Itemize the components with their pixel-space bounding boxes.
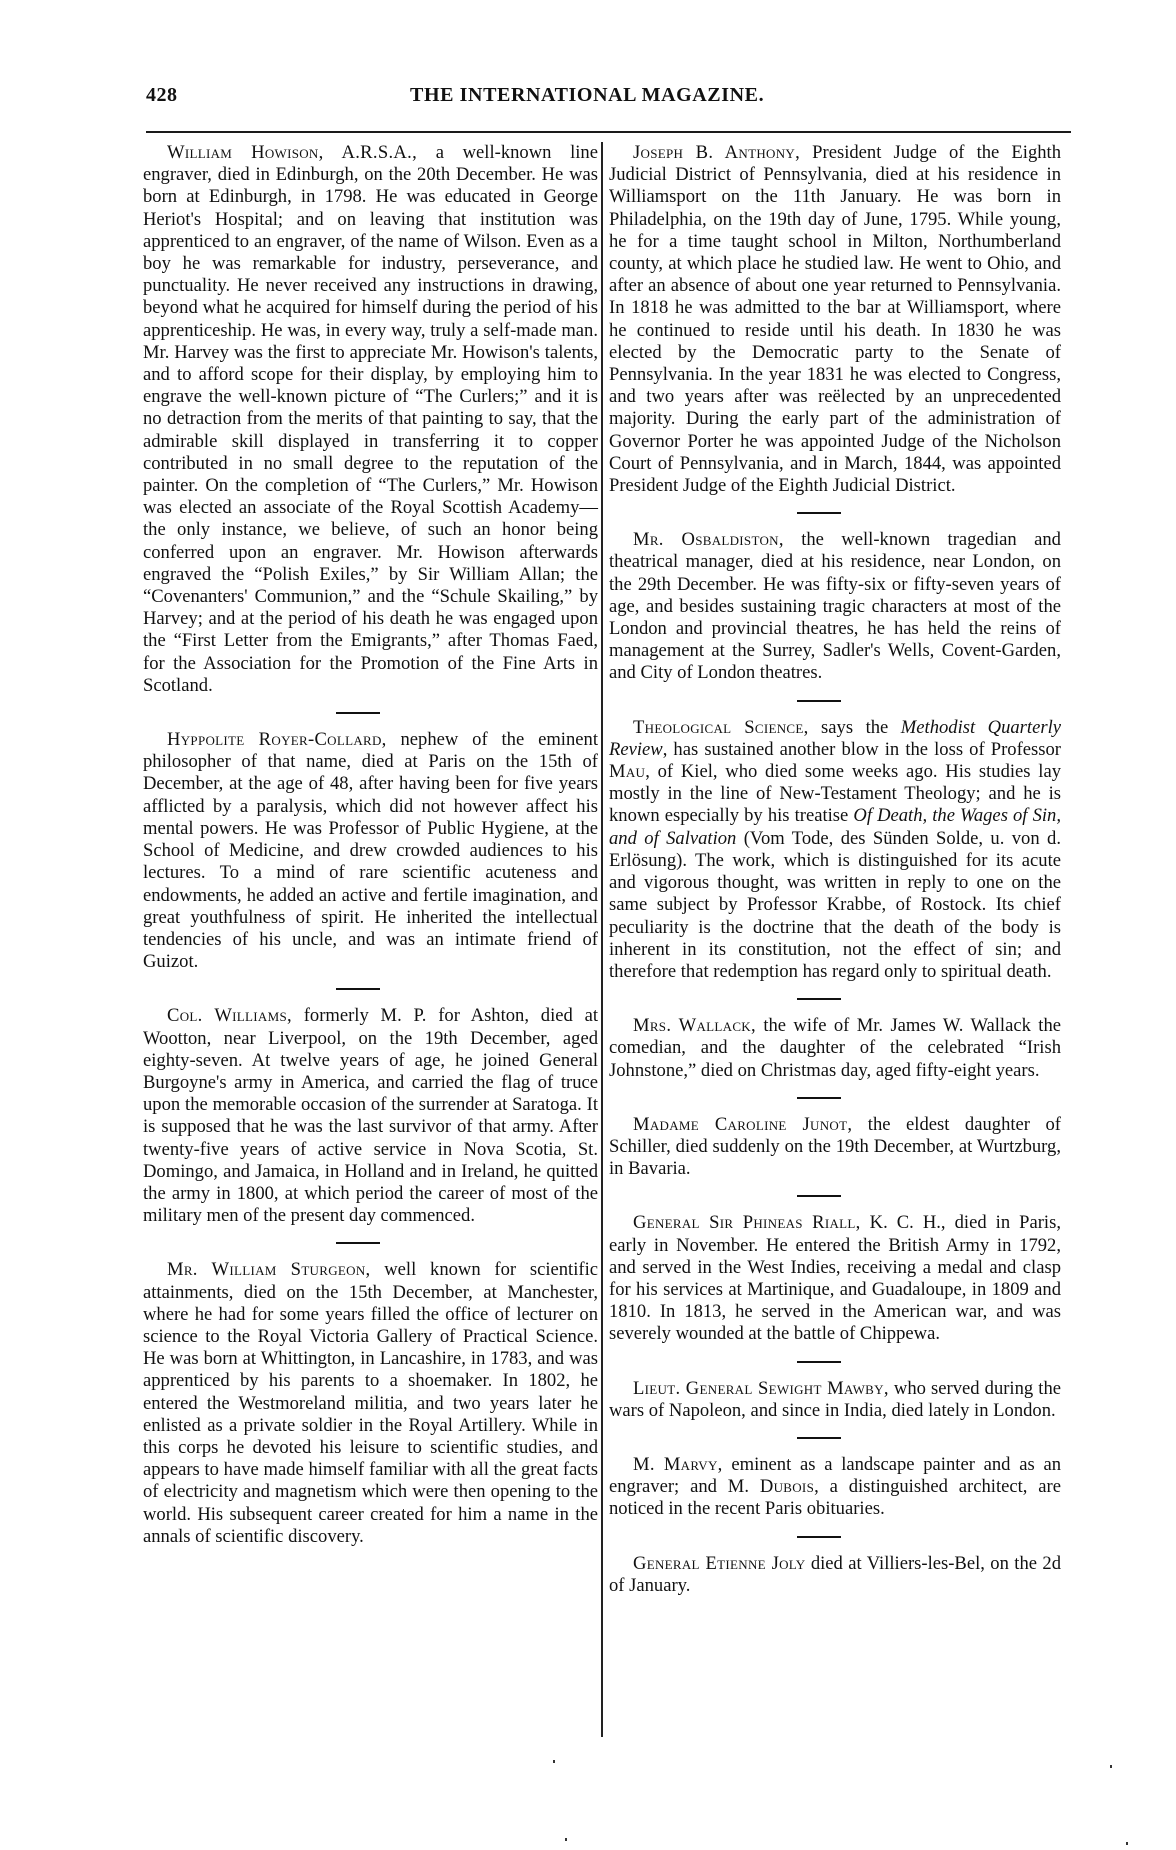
- separator-rule: [797, 1361, 841, 1363]
- scan-speck: [553, 1760, 555, 1763]
- entry-text: well known for scientific attainments, d…: [143, 1259, 598, 1546]
- obituary-mawby: Lieut. General Sewight Mawby, who served…: [609, 1378, 1061, 1422]
- entry-text: nephew of the eminent philosopher of tha…: [143, 729, 598, 972]
- scan-speck: [1110, 1765, 1112, 1768]
- obituary-junot: Madame Caroline Junot, the eldest daught…: [609, 1114, 1061, 1181]
- entry-name: Col. Williams,: [167, 1005, 292, 1026]
- separator-rule: [797, 1536, 841, 1538]
- entry-text: the well-known tragedian and theatrical …: [609, 529, 1061, 683]
- entry-name: Joseph B. Anthony,: [633, 142, 800, 163]
- obituary-marvy-dubois: M. Marvy, eminent as a landscape painter…: [609, 1454, 1061, 1521]
- obituary-howison: William Howison, A.R.S.A., a well-known …: [143, 142, 598, 697]
- page-header: 428 THE INTERNATIONAL MAGAZINE.: [146, 84, 1106, 114]
- obituary-royer-collard: Hyppolite Royer-Collard, nephew of the e…: [143, 729, 598, 973]
- obituary-mau: Theological Science, says the Methodist …: [609, 717, 1061, 983]
- entry-name: General Etienne Joly: [633, 1553, 805, 1574]
- scan-speck: [1126, 1842, 1128, 1845]
- column-divider: [601, 142, 603, 1737]
- obituary-wallack: Mrs. Wallack, the wife of Mr. James W. W…: [609, 1015, 1061, 1082]
- obituary-joly: General Etienne Joly died at Villiers-le…: [609, 1553, 1061, 1597]
- entry-text: President Judge of the Eighth Judicial D…: [609, 142, 1061, 496]
- entry-text: a well-known line engraver, died in Edin…: [143, 142, 598, 696]
- page-number: 428: [146, 84, 178, 107]
- separator-rule: [797, 512, 841, 514]
- obituary-sturgeon: Mr. William Sturgeon, well known for sci…: [143, 1259, 598, 1548]
- entry-name: Mr. William Sturgeon,: [167, 1259, 370, 1280]
- entry-text: (Vom Tode, des Sünden Solde, u. von d. E…: [609, 828, 1061, 982]
- person-name: Mau: [609, 761, 645, 782]
- obituary-anthony: Joseph B. Anthony, President Judge of th…: [609, 142, 1061, 497]
- entry-name: Madame Caroline Junot,: [633, 1114, 852, 1135]
- entry-text: , has sustained another blow in the loss…: [663, 739, 1061, 760]
- header-rule: [146, 131, 1071, 133]
- scan-speck: [565, 1838, 567, 1841]
- obituary-col-williams: Col. Williams, formerly M. P. for Ashton…: [143, 1005, 598, 1227]
- entry-text: formerly M. P. for Ashton, died at Woott…: [143, 1005, 598, 1226]
- separator-rule: [797, 1195, 841, 1197]
- entry-name: William Howison, A.R.S.A.,: [167, 142, 417, 163]
- separator-rule: [797, 1437, 841, 1439]
- entry-name: Mr. Osbaldiston,: [633, 529, 784, 550]
- entry-name: M. Marvy,: [633, 1454, 723, 1475]
- running-title: THE INTERNATIONAL MAGAZINE.: [410, 84, 764, 107]
- separator-rule: [797, 700, 841, 702]
- entry-name: Mrs. Wallack,: [633, 1015, 756, 1036]
- obituary-osbaldiston: Mr. Osbaldiston, the well-known tragedia…: [609, 529, 1061, 684]
- left-column: William Howison, A.R.S.A., a well-known …: [143, 142, 598, 1548]
- entry-name: Theological Science,: [633, 717, 809, 738]
- entry-name: General Sir Phineas Riall,: [633, 1212, 861, 1233]
- separator-rule: [336, 712, 380, 714]
- entry-name: Hyppolite Royer-Collard,: [167, 729, 387, 750]
- right-column: Joseph B. Anthony, President Judge of th…: [609, 142, 1061, 1597]
- entry-text: says the: [809, 717, 901, 738]
- obituary-riall: General Sir Phineas Riall, K. C. H., die…: [609, 1212, 1061, 1345]
- separator-rule: [336, 1242, 380, 1244]
- person-name: Dubois: [760, 1476, 814, 1497]
- separator-rule: [797, 998, 841, 1000]
- separator-rule: [797, 1097, 841, 1099]
- separator-rule: [336, 988, 380, 990]
- entry-name: Lieut. General Sewight Mawby,: [633, 1378, 889, 1399]
